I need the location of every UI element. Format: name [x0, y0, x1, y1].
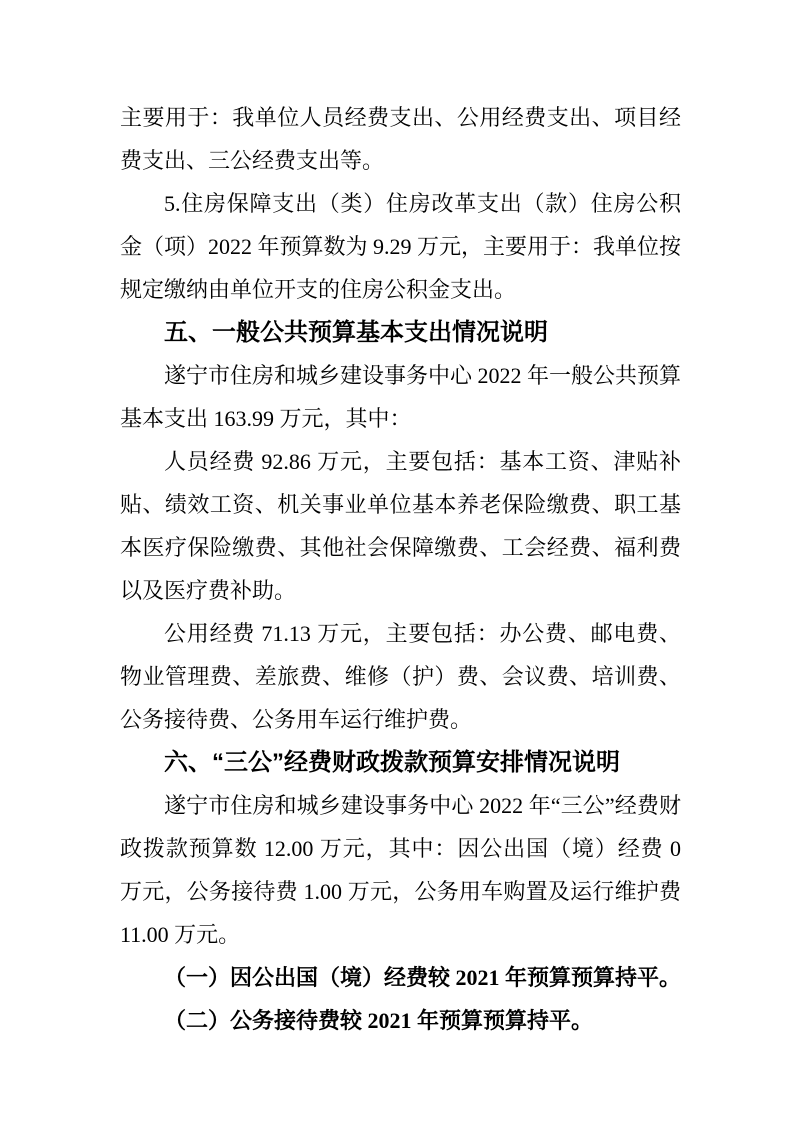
paragraph-housing-security: 5.住房保障支出（类）住房改革支出（款）住房公积金（项）2022 年预算数为 9… [120, 182, 681, 311]
subitem-1-overseas-trips: （一）因公出国（境）经费较 2021 年预算预算持平。 [120, 956, 681, 999]
paragraph-three-public-funds: 遂宁市住房和城乡建设事务中心 2022 年“三公”经费财政拨款预算数 12.00… [120, 784, 681, 956]
subitem-2-official-reception: （二）公务接待费较 2021 年预算预算持平。 [120, 999, 681, 1042]
paragraph-continuation: 主要用于：我单位人员经费支出、公用经费支出、项目经费支出、三公经费支出等。 [120, 96, 681, 182]
paragraph-public-funds: 公用经费 71.13 万元，主要包括：办公费、邮电费、物业管理费、差旅费、维修（… [120, 612, 681, 741]
document-body: 主要用于：我单位人员经费支出、公用经费支出、项目经费支出、三公经费支出等。 5.… [120, 96, 681, 1042]
paragraph-basic-expenditure-total: 遂宁市住房和城乡建设事务中心 2022 年一般公共预算基本支出 163.99 万… [120, 354, 681, 440]
section-heading-6: 六、“三公”经费财政拨款预算安排情况说明 [120, 741, 681, 784]
paragraph-personnel-funds: 人员经费 92.86 万元，主要包括：基本工资、津贴补贴、绩效工资、机关事业单位… [120, 440, 681, 612]
document-page: 主要用于：我单位人员经费支出、公用经费支出、项目经费支出、三公经费支出等。 5.… [0, 0, 793, 1122]
section-heading-5: 五、一般公共预算基本支出情况说明 [120, 311, 681, 354]
